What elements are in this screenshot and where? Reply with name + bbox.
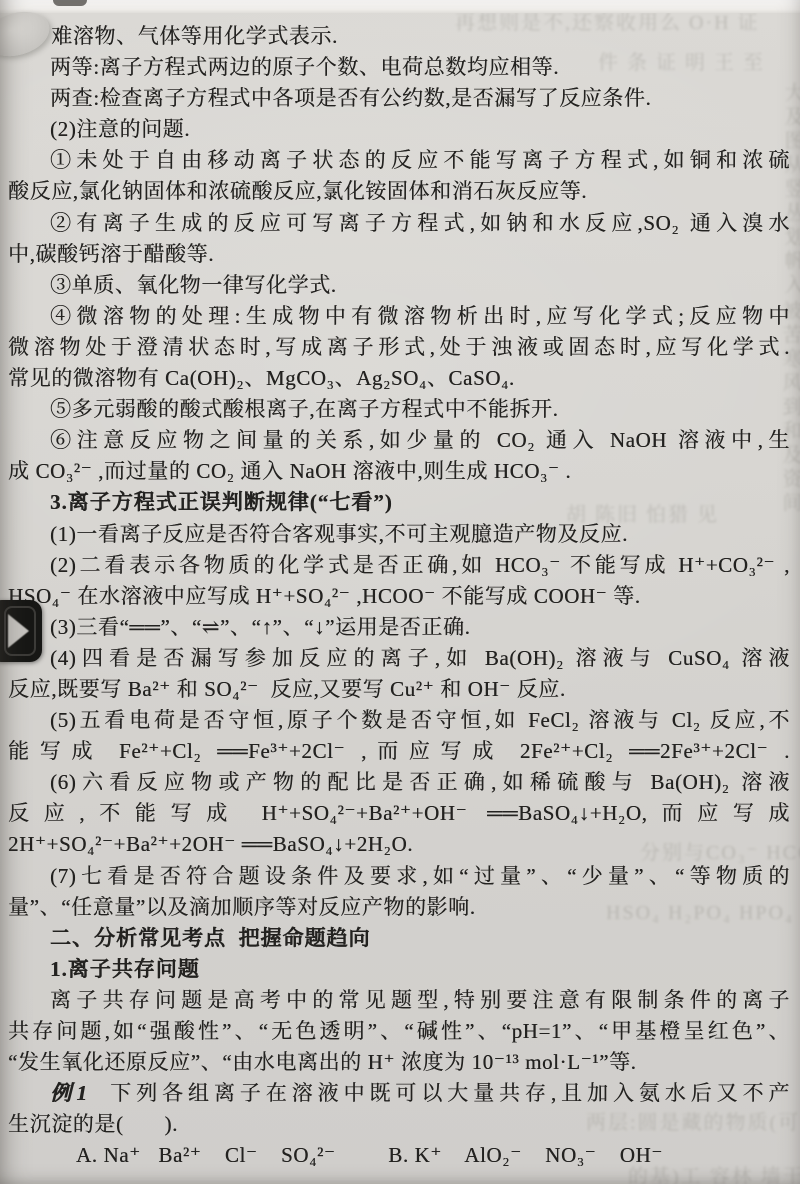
text-line-23: (5)五看电荷是否守恒,原子个数是否守恒,如 FeCl₂ 溶液与 Cl₂ 反应,… <box>8 705 790 736</box>
text-line-3: 两查:检查离子方程式中各项是否有公约数,是否漏写了反应条件. <box>8 83 790 114</box>
text-line-13: ⑤多元弱酸的酸式酸根离子,在离子方程式中不能拆开. <box>8 394 790 425</box>
example-marker: 例1 <box>50 1081 88 1105</box>
text-column: 质、难溶物、气体等用化学式表示.两等:离子方程式两边的原子个数、电荷总数均应相等… <box>8 21 790 1171</box>
text-line-17: (1)一看离子反应是否符合客观事实,不可主观臆造产物及反应. <box>8 519 790 550</box>
text-line-35: 例1下列各组离子在溶液中既可以大量共存,且加入氨水后又不产 <box>8 1078 790 1109</box>
text-line-8: 中,碳酸钙溶于醋酸等. <box>8 239 790 270</box>
text-line-15: 成 CO₃²⁻ ,而过量的 CO₂ 通入 NaOH 溶液中,则生成 HCO₃⁻ … <box>8 456 790 487</box>
text-line-20: (3)三看“══”、“⇌”、“↑”、“↓”运用是否正确. <box>8 612 790 643</box>
left-edge-bookmark-icon <box>0 600 42 662</box>
text-line-25: (6)六看反应物或产物的配比是否正确,如稀硫酸与 Ba(OH)₂ 溶液 <box>8 767 790 798</box>
example-text: 下列各组离子在溶液中既可以大量共存,且加入氨水后又不产 <box>106 1081 790 1105</box>
text-line-36: 生沉淀的是( ). <box>8 1109 790 1140</box>
text-line-4: (2)注意的问题. <box>8 114 790 145</box>
text-line-27: 2H⁺+SO₄²⁻+Ba²⁺+2OH⁻ ══BaSO₄↓+2H₂O. <box>8 829 790 860</box>
text-line-5: ①未处于自由移动离子状态的反应不能写离子方程式,如铜和浓硫 <box>8 145 790 176</box>
text-line-9: ③单质、氧化物一律写化学式. <box>8 270 790 301</box>
text-line-37: A. Na⁺ Ba²⁺ Cl⁻ SO₄²⁻ B. K⁺ AlO₂⁻ NO₃⁻ O… <box>8 1140 790 1171</box>
text-line-1: 质、难溶物、气体等用化学式表示. <box>8 21 790 52</box>
text-line-19: HSO₄⁻ 在水溶液中应写成 H⁺+SO₄²⁻ ,HCOO⁻ 不能写成 COOH… <box>8 581 790 612</box>
text-line-28: (7)七看是否符合题设条件及要求,如“过量”、“少量”、“等物质的 <box>8 861 790 892</box>
scanned-page: 质、难溶物、气体等用化学式表示.两等:离子方程式两边的原子个数、电荷总数均应相等… <box>0 0 800 1184</box>
scan-smudge <box>53 0 87 6</box>
text-line-32: 离子共存问题是高考中的常见题型,特别要注意有限制条件的离子 <box>8 985 790 1016</box>
text-line-6: 酸反应,氯化钠固体和浓硫酸反应,氯化铵固体和消石灰反应等. <box>8 176 790 207</box>
scan-top-edge <box>0 0 800 13</box>
text-line-21: (4)四看是否漏写参加反应的离子,如 Ba(OH)₂ 溶液与 CuSO₄ 溶液 <box>8 643 790 674</box>
text-line-12: 常见的微溶物有 Ca(OH)₂、MgCO₃、Ag₂SO₄、CaSO₄. <box>8 363 790 394</box>
text-line-29: 量”、“任意量”以及滴加顺序等对反应产物的影响. <box>8 892 790 923</box>
text-line-14: ⑥注意反应物之间量的关系,如少量的 CO₂ 通入 NaOH 溶液中,生 <box>8 425 790 456</box>
text-line-24: 能写成 Fe²⁺+Cl₂ ══Fe³⁺+2Cl⁻ ,而应写成 2Fe²⁺+Cl₂… <box>8 736 790 767</box>
text-line-2: 两等:离子方程式两边的原子个数、电荷总数均应相等. <box>8 52 790 83</box>
play-triangle-icon <box>8 614 29 648</box>
text-line-22: 反应,既要写 Ba²⁺ 和 SO₄²⁻ 反应,又要写 Cu²⁺ 和 OH⁻ 反应… <box>8 674 790 705</box>
text-line-26: 反应,不能写成 H⁺+SO₄²⁻+Ba²⁺+OH⁻ ══BaSO₄↓+H₂O,而… <box>8 798 790 829</box>
text-line-33: 共存问题,如“强酸性”、“无色透明”、“碱性”、“pH=1”、“甲基橙呈红色”、 <box>8 1016 790 1047</box>
text-line-7: ②有离子生成的反应可写离子方程式,如钠和水反应,SO₂ 通入溴水 <box>8 208 790 239</box>
text-line-18: (2)二看表示各物质的化学式是否正确,如 HCO₃⁻ 不能写成 H⁺+CO₃²⁻… <box>8 550 790 581</box>
text-line-16: 3.离子方程式正误判断规律(“七看”) <box>8 487 790 518</box>
text-line-11: 微溶物处于澄清状态时,写成离子形式,处于浊液或固态时,应写化学式. <box>8 332 790 363</box>
text-line-31: 1.离子共存问题 <box>8 954 790 985</box>
text-line-30: 二、分析常见考点 把握命题趋向 <box>8 923 790 954</box>
text-line-10: ④微溶物的处理:生成物中有微溶物析出时,应写化学式;反应物中 <box>8 301 790 332</box>
text-line-34: “发生氧化还原反应”、“由水电离出的 H⁺ 浓度为 10⁻¹³ mol·L⁻¹”… <box>8 1047 790 1078</box>
